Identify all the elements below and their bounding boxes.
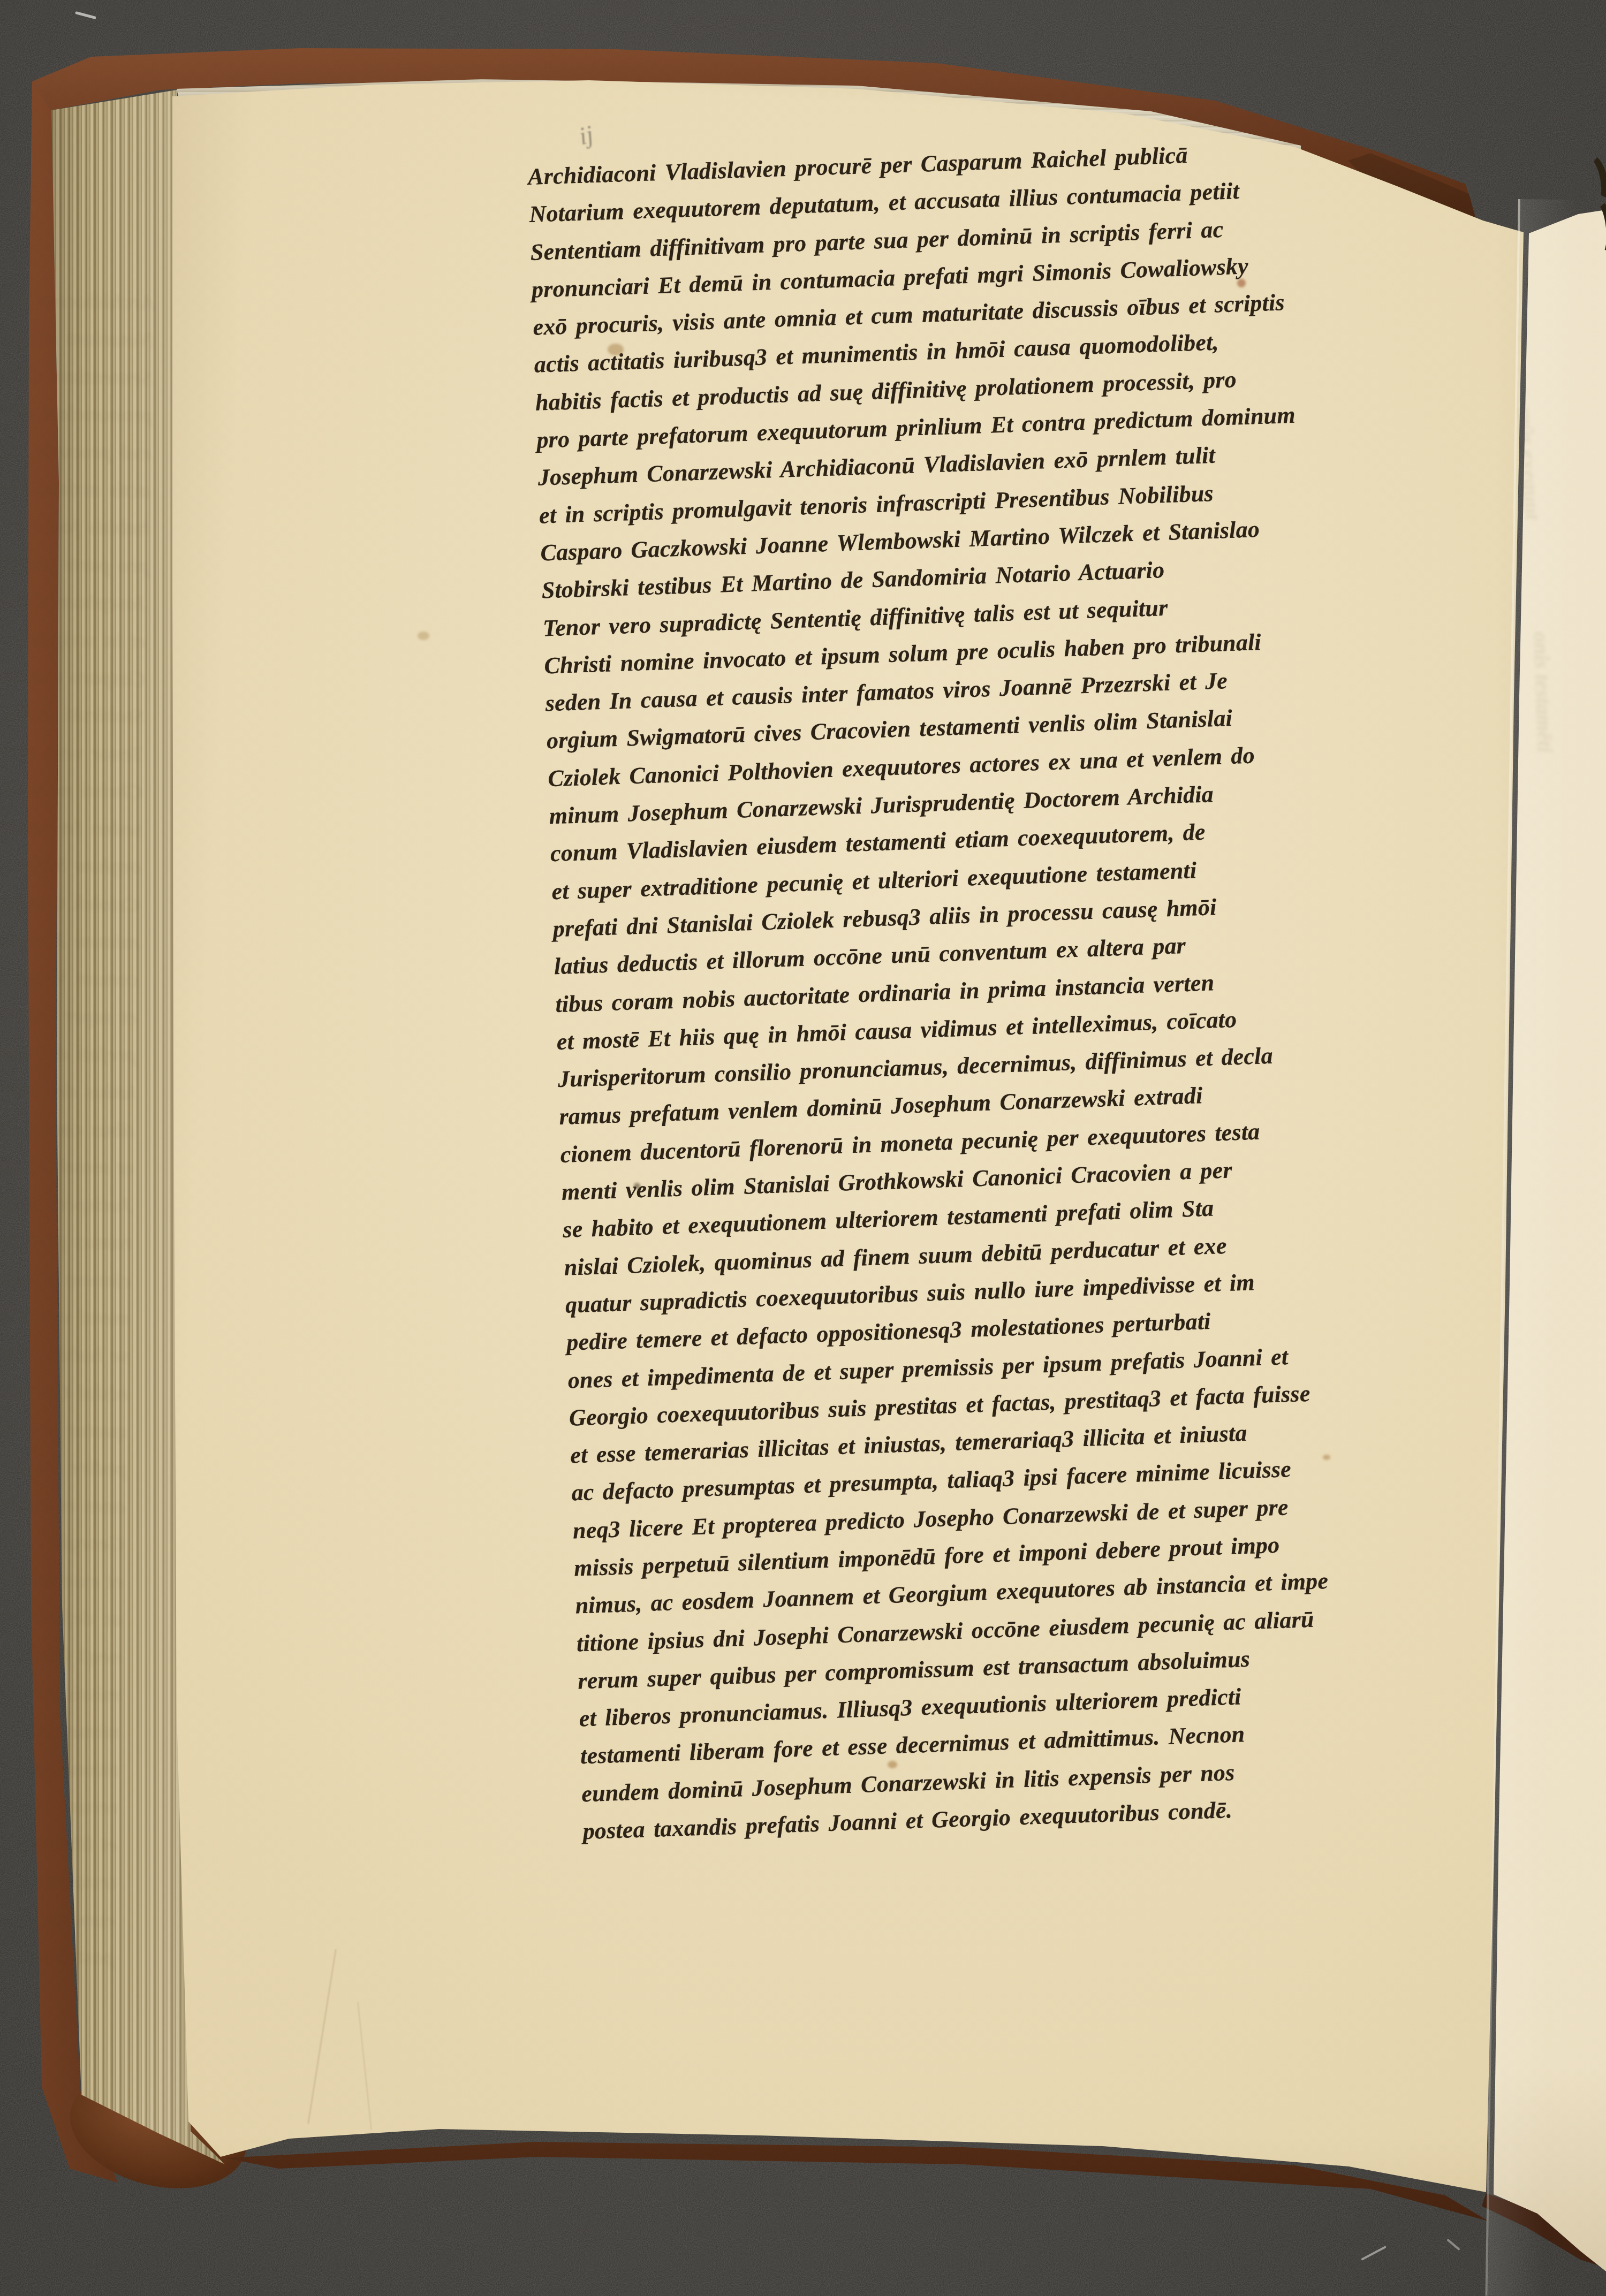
ink-stain	[1323, 1455, 1330, 1460]
photo-stage: mūs exequut onis testamēti Archidiaconi …	[0, 0, 1606, 2296]
ink-stain	[418, 632, 429, 640]
manuscript-text-block: Archidiaconi Vladislavien procurē per Ca…	[527, 128, 1482, 1850]
ink-stain	[888, 1761, 897, 1768]
dust-lint	[75, 11, 96, 19]
ink-stain	[608, 344, 624, 355]
dust-lint	[1446, 2239, 1460, 2251]
ink-stain	[1237, 279, 1246, 287]
facing-leaf-ink-stroke	[1578, 152, 1606, 206]
dust-lint	[1361, 2246, 1387, 2261]
ink-stain	[634, 1183, 640, 1189]
